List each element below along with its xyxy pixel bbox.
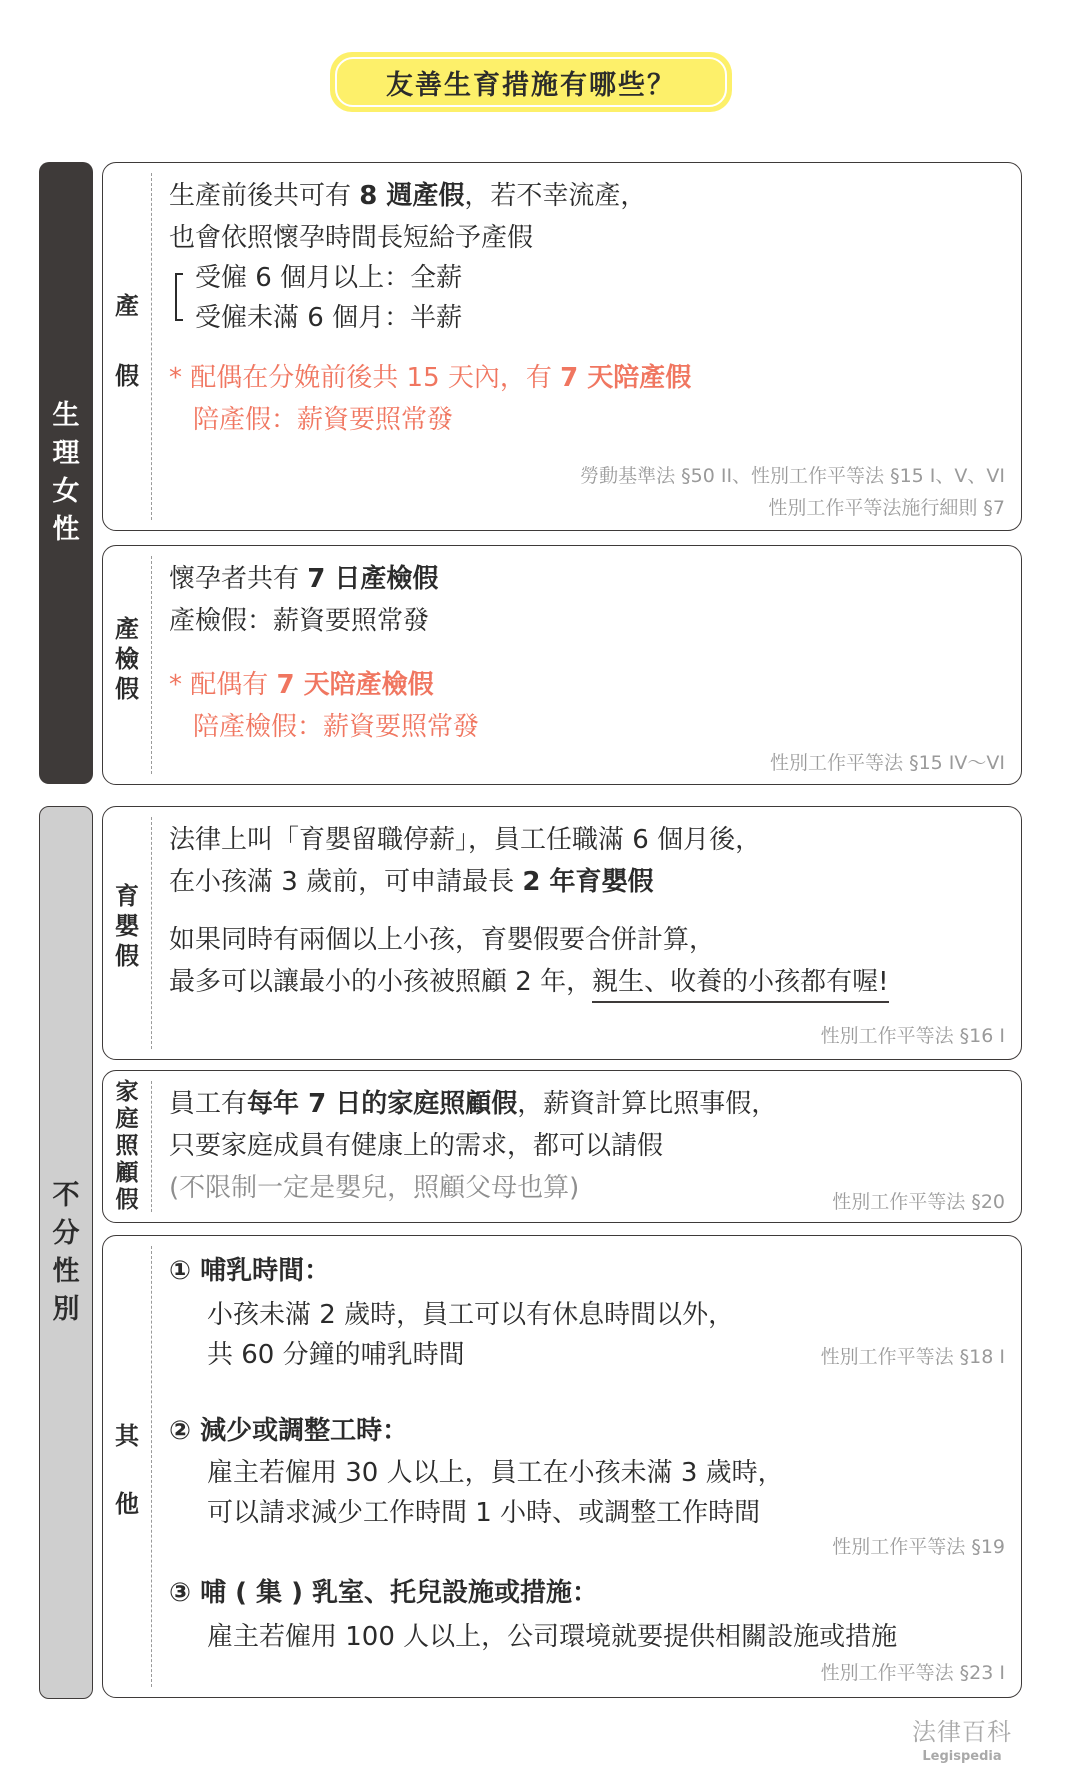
item-heading: ② 減少或調整工時： <box>169 1410 408 1447</box>
text-line: 懷孕者共有 7 日產檢假 <box>169 558 438 595</box>
card-label: 家 庭 照 顧 假 <box>103 1071 151 1222</box>
note-line: 陪產假：薪資要照常發 <box>193 399 453 436</box>
label-char: 假 <box>116 1187 139 1214</box>
note-line: 陪產檢假：薪資要照常發 <box>193 706 479 743</box>
legal-reference: 勞動基準法 §50 II、性別工作平等法 §15 I、V、VI <box>580 461 1005 488</box>
legal-reference: 性別工作平等法施行細則 §7 <box>768 493 1005 520</box>
card-parental-leave: 育 嬰 假 法律上叫「育嬰留職停薪」，員工任職滿 6 個月後， 在小孩滿 3 歲… <box>102 806 1022 1060</box>
text-line: 產檢假：薪資要照常發 <box>169 600 429 637</box>
dashed-divider <box>151 556 152 774</box>
text-line: 雇主若僱用 100 人以上，公司環境就要提供相關設施或措施 <box>207 1616 897 1653</box>
text-line: 最多可以讓最小的小孩被照顧 2 年，親生、收養的小孩都有喔! <box>169 961 889 998</box>
text-line: 只要家庭成員有健康上的需求，都可以請假 <box>169 1125 663 1162</box>
item-heading: ③ 哺 ( 集 ) 乳室、托兒設施或措施： <box>169 1572 598 1609</box>
card-label: 育 嬰 假 <box>103 807 151 1059</box>
card-label: 產 假 <box>103 163 151 530</box>
text-line: (不限制一定是嬰兒，照顧父母也算) <box>169 1167 579 1204</box>
text-line: 受僱未滿 6 個月：半薪 <box>195 297 462 334</box>
note-line: * 配偶有 7 天陪產檢假 <box>169 664 434 701</box>
group-tab-all-genders: 不 分 性 別 <box>39 806 93 1699</box>
label-char: 產 <box>115 614 139 644</box>
card-prenatal-leave: 產 檢 假 懷孕者共有 7 日產檢假 產檢假：薪資要照常發 * 配偶有 7 天陪… <box>102 545 1022 785</box>
text-line: 可以請求減少工作時間 1 小時、或調整工作時間 <box>207 1492 760 1529</box>
legal-reference: 性別工作平等法 §20 <box>832 1187 1005 1214</box>
label-char: 家 <box>116 1079 139 1106</box>
label-char: 產 <box>115 291 139 321</box>
legal-reference: 性別工作平等法 §19 <box>832 1532 1005 1559</box>
text-line: 在小孩滿 3 歲前，可申請最長 2 年育嬰假 <box>169 861 654 898</box>
label-char: 他 <box>115 1489 139 1519</box>
text-line: 共 60 分鐘的哺乳時間 <box>207 1334 465 1371</box>
group-tab-female: 生 理 女 性 <box>39 162 93 784</box>
page-title: 友善生育措施有哪些？ <box>386 63 676 102</box>
card-label: 產 檢 假 <box>103 546 151 784</box>
title-banner: 友善生育措施有哪些？ <box>330 52 732 112</box>
legal-reference: 性別工作平等法 §16 I <box>821 1021 1005 1048</box>
card-label: 其 他 <box>103 1236 151 1697</box>
dashed-divider <box>151 1246 152 1687</box>
group-label-char: 性 <box>53 1253 80 1291</box>
label-char: 假 <box>115 941 139 971</box>
text-line: 法律上叫「育嬰留職停薪」，員工任職滿 6 個月後， <box>169 819 761 856</box>
group-label-char: 理 <box>53 435 80 473</box>
logo-en: Legispedia <box>912 1749 1012 1764</box>
text-line: 員工有每年 7 日的家庭照顧假，薪資計算比照事假， <box>169 1083 777 1120</box>
card-family-care-leave: 家 庭 照 顧 假 員工有每年 7 日的家庭照顧假，薪資計算比照事假， 只要家庭… <box>102 1070 1022 1223</box>
note-line: * 配偶在分娩前後共 15 天內，有 7 天陪產假 <box>169 357 691 394</box>
group-label-char: 性 <box>53 511 80 549</box>
text-line: 受僱 6 個月以上：全薪 <box>195 257 462 294</box>
legispedia-logo: 法律百科 Legispedia <box>912 1712 1012 1764</box>
label-char: 嬰 <box>115 911 139 941</box>
logo-zh: 法律百科 <box>912 1712 1012 1747</box>
label-char: 其 <box>115 1421 139 1451</box>
card-maternity-leave: 產 假 生產前後共可有 8 週產假，若不幸流產， 也會依照懷孕時間長短給予產假 … <box>102 162 1022 531</box>
label-char: 庭 <box>116 1106 139 1133</box>
group-label-char: 分 <box>53 1215 80 1253</box>
text-line: 小孩未滿 2 歲時，員工可以有休息時間以外， <box>207 1294 734 1331</box>
legal-reference: 性別工作平等法 §15 IV～VI <box>770 748 1005 775</box>
card-others: 其 他 ① 哺乳時間： 小孩未滿 2 歲時，員工可以有休息時間以外， 共 60 … <box>102 1235 1022 1698</box>
group-label-char: 別 <box>53 1291 80 1329</box>
dashed-divider <box>151 173 152 520</box>
legal-reference: 性別工作平等法 §18 I <box>821 1342 1005 1369</box>
item-heading: ① 哺乳時間： <box>169 1250 330 1287</box>
group-label-char: 女 <box>53 473 80 511</box>
group-label-char: 不 <box>53 1177 80 1215</box>
legal-reference: 性別工作平等法 §23 I <box>821 1658 1005 1685</box>
dashed-divider <box>151 1081 152 1212</box>
label-char: 育 <box>115 881 139 911</box>
group-label-char: 生 <box>53 397 80 435</box>
underlined-note: 親生、收養的小孩都有喔! <box>592 967 888 1003</box>
text-line: 也會依照懷孕時間長短給予產假 <box>169 217 533 254</box>
text-line: 雇主若僱用 30 人以上，員工在小孩未滿 3 歲時， <box>207 1452 784 1489</box>
dashed-divider <box>151 817 152 1049</box>
label-char: 照 <box>116 1133 139 1160</box>
bracket-icon <box>175 273 185 321</box>
text-line: 如果同時有兩個以上小孩，育嬰假要合併計算， <box>169 919 715 956</box>
label-char: 顧 <box>116 1160 139 1187</box>
label-char: 假 <box>115 674 139 704</box>
label-char: 檢 <box>115 644 139 674</box>
text-line: 生產前後共可有 8 週產假，若不幸流產， <box>169 175 646 212</box>
label-char: 假 <box>115 361 139 391</box>
